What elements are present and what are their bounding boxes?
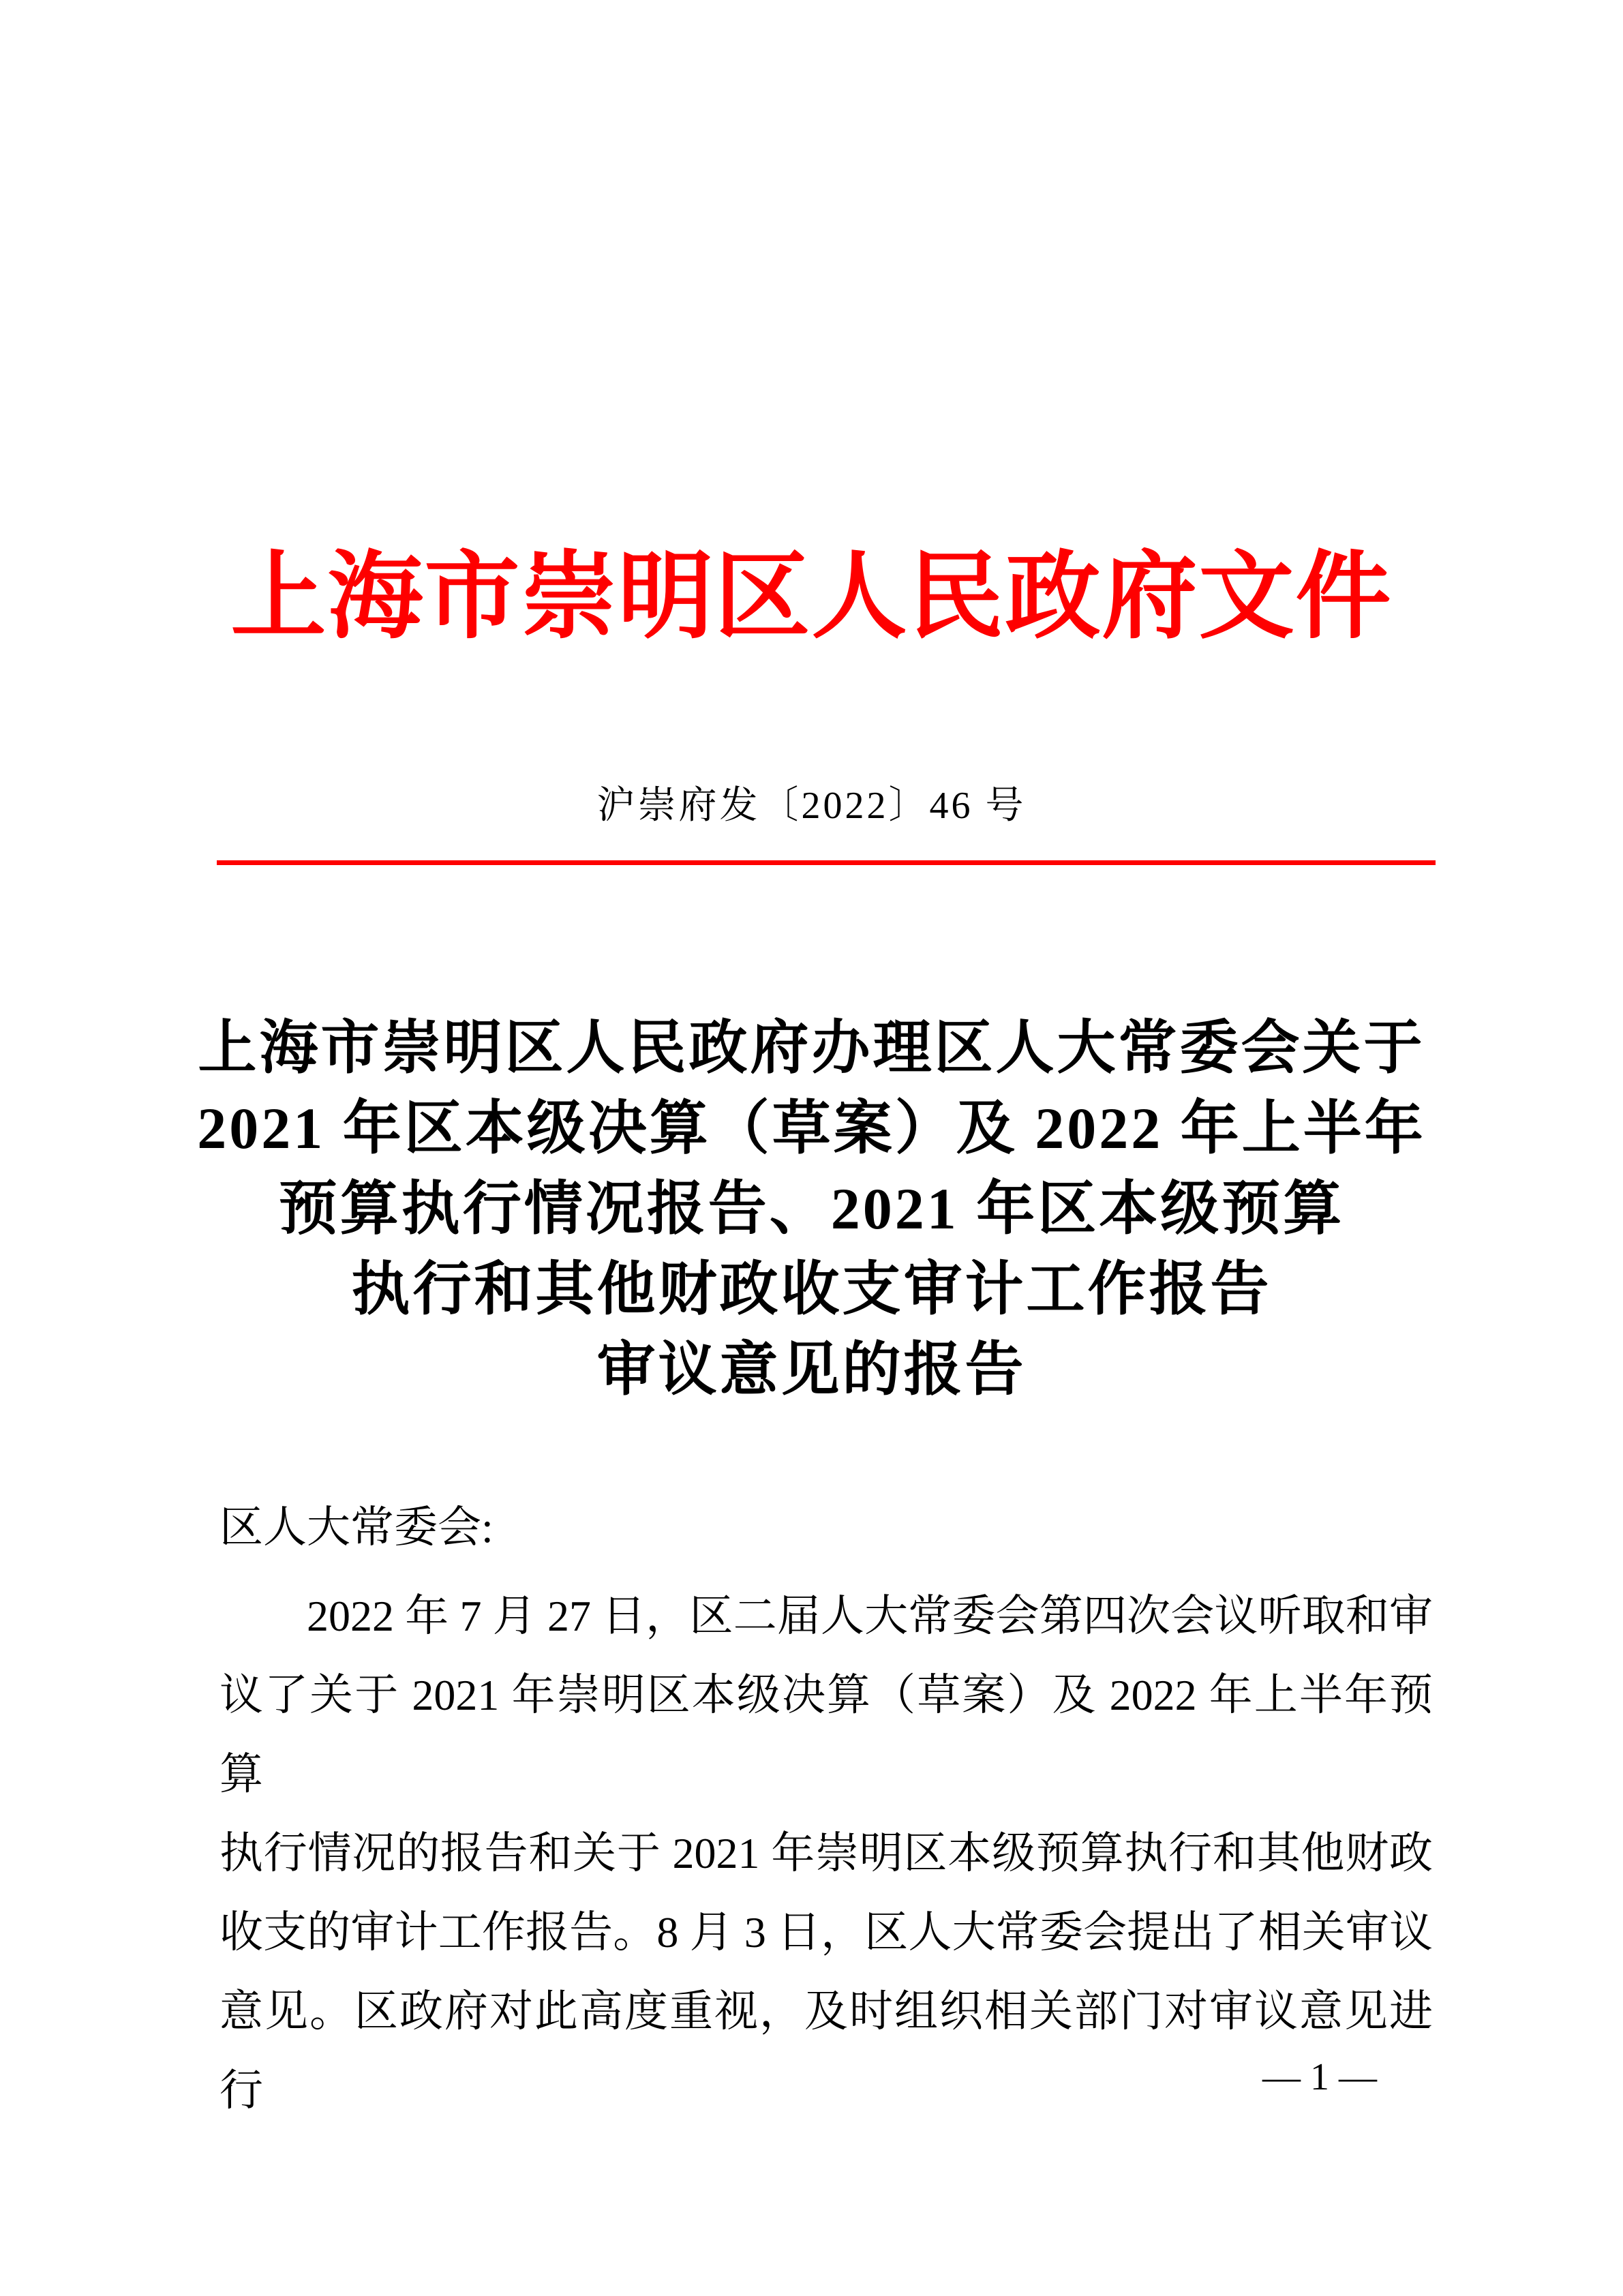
red-divider-rule (217, 860, 1436, 865)
document-title-line: 预算执行情况报告、2021 年区本级预算 (0, 1168, 1623, 1249)
document-title-line: 上海市崇明区人民政府办理区人大常委会关于 (0, 1008, 1623, 1088)
document-page: 上海市崇明区人民政府文件 沪崇府发〔2022〕46 号 上海市崇明区人民政府办理… (0, 0, 1623, 2296)
document-title-line: 审议意见的报告 (0, 1329, 1623, 1410)
body-line: 议了关于 2021 年崇明区本级决算（草案）及 2022 年上半年预算 (219, 1656, 1433, 1814)
body-paragraph: 2022 年 7 月 27 日，区二届人大常委会第四次会议听取和审 议了关于 2… (219, 1577, 1433, 2130)
body-line: 执行情况的报告和关于 2021 年崇明区本级预算执行和其他财政 (219, 1814, 1433, 1893)
doc-reference-number: 沪崇府发〔2022〕46 号 (0, 784, 1623, 828)
salutation: 区人大常委会: (219, 1488, 1433, 1567)
letterhead-org-title: 上海市崇明区人民政府文件 (0, 545, 1623, 650)
document-title: 上海市崇明区人民政府办理区人大常委会关于 2021 年区本级决算（草案）及 20… (0, 1008, 1623, 1410)
document-title-line: 2021 年区本级决算（草案）及 2022 年上半年 (0, 1088, 1623, 1168)
body-line: 2022 年 7 月 27 日，区二届人大常委会第四次会议听取和审 (219, 1577, 1433, 1656)
page-number: — 1 — (1262, 2055, 1377, 2099)
body-line: 意见。区政府对此高度重视，及时组织相关部门对审议意见进行 (219, 1972, 1433, 2130)
document-title-line: 执行和其他财政收支审计工作报告 (0, 1249, 1623, 1329)
body-line: 收支的审计工作报告。8 月 3 日，区人大常委会提出了相关审议 (219, 1893, 1433, 1972)
